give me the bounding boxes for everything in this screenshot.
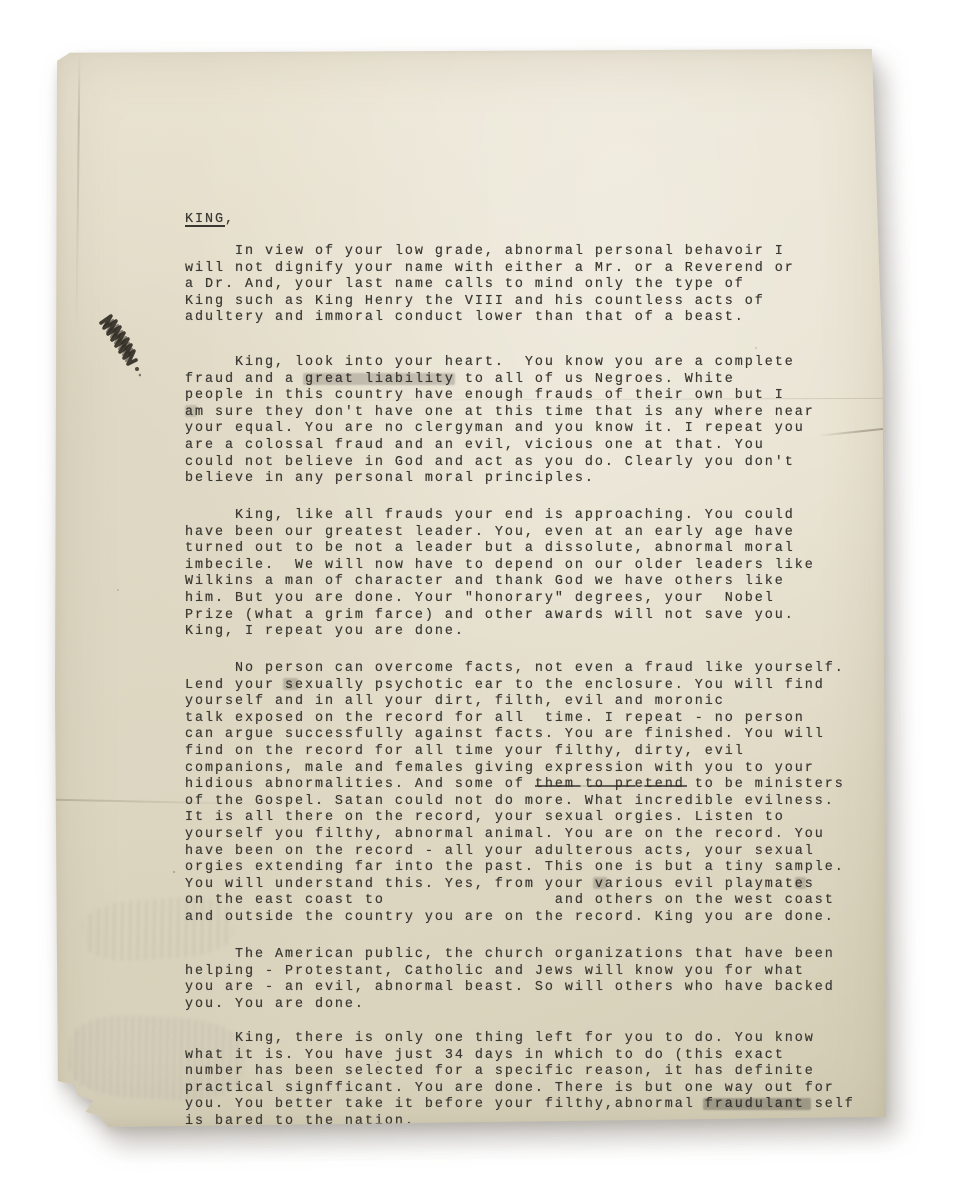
letter-text: KING, In view of your low grade, abnorma… — [185, 49, 905, 1127]
letter-line: yourself you filthy, abnormal animal. Yo… — [185, 827, 845, 844]
letter-line: King, look into your heart. You know you… — [185, 355, 815, 372]
letter-line: have been our greatest leader. You, even… — [185, 525, 815, 542]
letter-line: find on the record for all time your fil… — [185, 744, 845, 761]
paragraph-1: In view of your low grade, abnormal pers… — [185, 244, 795, 327]
letter-line: people in this country have enough fraud… — [185, 388, 815, 405]
letter-line: Wilkins a man of character and thank God… — [185, 574, 815, 591]
letter-line: King, I repeat you are done. — [185, 624, 815, 641]
letter-line: are a colossal fraud and an evil, viciou… — [185, 438, 815, 455]
letter-line: You will understand this. Yes, from your… — [185, 877, 845, 894]
letter-line: practical signfficant. You are done. The… — [185, 1081, 855, 1098]
letter-line: imbecile. We will now have to depend on … — [185, 558, 815, 575]
scan-background: KING, In view of your low grade, abnorma… — [0, 0, 970, 1189]
paragraph-4: No person can overcome facts, not even a… — [185, 661, 845, 927]
letter-line: am sure they don't have one at this time… — [185, 405, 815, 422]
overtype-smudge — [593, 877, 607, 889]
letter-line: a Dr. And, your last name calls to mind … — [185, 277, 795, 294]
letter-line: is bared to the nation. — [185, 1114, 855, 1131]
letter-line: In view of your low grade, abnormal pers… — [185, 244, 795, 261]
overtype-smudge — [703, 1098, 811, 1110]
paragraph-5: The American public, the church organiza… — [185, 947, 835, 1013]
paper-sheet: KING, In view of your low grade, abnorma… — [55, 49, 886, 1127]
overtype-smudge — [795, 877, 806, 889]
letter-line: could not believe in God and act as you … — [185, 455, 815, 472]
letter-line: believe in any personal moral principles… — [185, 471, 815, 488]
letter-line: have been on the record - all your adult… — [185, 844, 845, 861]
paragraph-3: King, like all frauds your end is approa… — [185, 508, 815, 641]
letter-line: number has been selected for a specific … — [185, 1064, 855, 1081]
letter-line: helping - Protestant, Catholic and Jews … — [185, 964, 835, 981]
paragraph-2: King, look into your heart. You know you… — [185, 355, 815, 488]
letter-line: King such as King Henry the VIII and his… — [185, 294, 795, 311]
letter-line: him. But you are done. Your "honorary" d… — [185, 591, 815, 608]
paper-speck — [117, 589, 119, 591]
letter-line: Prize (what a grim farce) and other awar… — [185, 608, 815, 625]
letter-line: of the Gospel. Satan could not do more. … — [185, 794, 845, 811]
letter-line: talk exposed on the record for all time.… — [185, 711, 845, 728]
paper-speck — [173, 871, 175, 873]
ink-scribble-blot — [93, 313, 141, 379]
letter-line: hidious abnormalities. And some of them … — [185, 777, 845, 794]
letter-line: can argue successfully against facts. Yo… — [185, 727, 845, 744]
letter-line: you. You are done. — [185, 997, 835, 1014]
letter-line: yourself and in all your dirt, filth, ev… — [185, 694, 845, 711]
letter-line: adultery and immoral conduct lower than … — [185, 310, 795, 327]
letter-line: on the east coast to and others on the w… — [185, 893, 845, 910]
letter-page: KING, In view of your low grade, abnorma… — [55, 49, 886, 1127]
letter-line: your equal. You are no clergyman and you… — [185, 421, 815, 438]
letter-line: No person can overcome facts, not even a… — [185, 661, 845, 678]
letter-line: King, there is only one thing left for y… — [185, 1031, 855, 1048]
overtype-smudge — [185, 405, 197, 417]
paper-crease-vertical — [76, 53, 81, 333]
letter-line: The American public, the church organiza… — [185, 947, 835, 964]
paragraph-6: King, there is only one thing left for y… — [185, 1031, 855, 1131]
letter-line: what it is. You have just 34 days in whi… — [185, 1048, 855, 1065]
letter-body: In view of your low grade, abnormal pers… — [185, 49, 905, 1127]
letter-line: you are - an evil, abnormal beast. So wi… — [185, 980, 835, 997]
letter-line: will not dignify your name with either a… — [185, 261, 795, 278]
letter-line: fraud and a great liability to all of us… — [185, 372, 815, 389]
strikethrough-mark — [535, 785, 687, 787]
overtype-smudge — [283, 678, 298, 690]
letter-line: King, like all frauds your end is approa… — [185, 508, 815, 525]
letter-line: It is all there on the record, your sexu… — [185, 810, 845, 827]
overtype-smudge — [303, 373, 455, 385]
letter-line: turned out to be not a leader but a diss… — [185, 541, 815, 558]
letter-line: companions, male and females giving expr… — [185, 761, 845, 778]
letter-line: and outside the country you are on the r… — [185, 910, 845, 927]
letter-line: orgies extending far into the past. This… — [185, 860, 845, 877]
